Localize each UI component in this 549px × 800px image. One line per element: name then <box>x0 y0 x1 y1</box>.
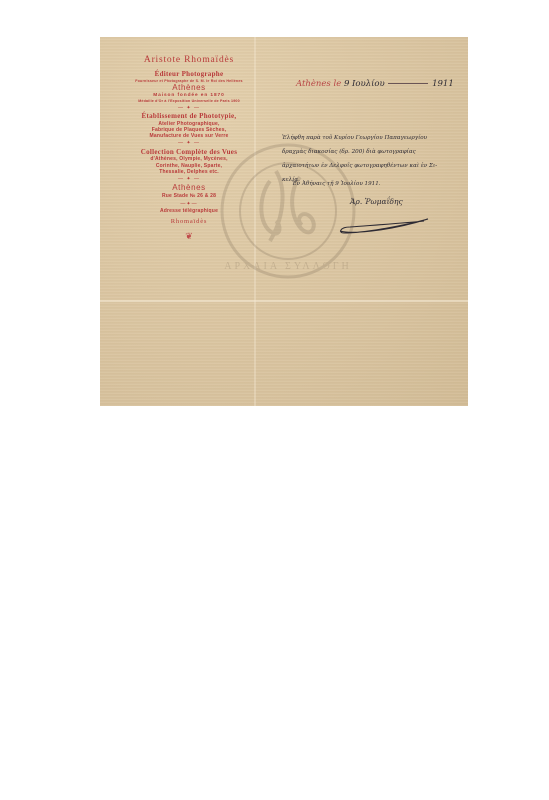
handwritten-body: Ἐλήφθη παρὰ τοῦ Κυρίου Γεωργίου Παπαγεωρ… <box>282 131 437 187</box>
city-heading-2: Athènes <box>100 183 278 193</box>
manufacture-line: Manufacture de Vues sur Verre <box>100 133 278 139</box>
photographer-name: Aristote Rhomaïdès <box>100 55 278 67</box>
ornament-separator: — ✦ — <box>100 176 278 182</box>
telegram-name: Rhomaïdès <box>100 218 278 226</box>
places-line-3: Thessalie, Delphes etc. <box>100 169 278 175</box>
horizontal-fold-line <box>100 300 468 302</box>
place-and-date: Ἐν Ἀθήναις τῇ 9 Ἰουλίου 1911. <box>292 181 381 187</box>
body-line: Ἐλήφθη παρὰ τοῦ Κυρίου Γεωργίου Παπαγεωρ… <box>282 131 437 145</box>
collection-heading: Collection Complète des Vues <box>100 148 278 157</box>
date-rule <box>388 83 428 84</box>
printed-letterhead: Aristote Rhomaïdès Éditeur Photographe F… <box>100 55 278 244</box>
address-line: Rue Stade № 26 & 28 <box>100 193 278 199</box>
establishment-line: Établissement de Phototypie, <box>100 112 278 121</box>
body-line: δραχμὰς διακοσίας (δρ. 200) διὰ φωτογραφ… <box>282 145 437 159</box>
ornament-separator: — ✦ — <box>100 105 278 111</box>
body-line: ἀρχαιοτήτων ἐν Δελφοῖς φωτογραφηθέντων κ… <box>282 159 437 173</box>
signature-flourish-icon <box>336 215 432 237</box>
medal-line: Médaille d'Or à l'Exposition Universelle… <box>100 99 278 103</box>
business-title: Éditeur Photographe <box>100 70 278 79</box>
date-year: 1911 <box>432 79 454 89</box>
ornament-separator: —✦— <box>100 201 278 207</box>
date-printed-prefix: Athènes le <box>296 79 341 89</box>
city-heading: Athènes <box>100 83 278 93</box>
signature: Ἀρ. Ῥωμαΐδης <box>350 197 403 206</box>
svg-text:ΑΡΧΑΙΑ ΣΥΛΛΟΓΗ: ΑΡΧΑΙΑ ΣΥΛΛΟΓΗ <box>224 261 351 272</box>
telegram-label: Adresse télégraphique <box>100 208 278 214</box>
document-page: ΑΡΧΑΙΑ ΣΥΛΛΟΓΗ Aristote Rhomaïdès Éditeu… <box>100 37 468 406</box>
fleuron-emblem-icon: ❦ <box>185 231 193 242</box>
date-day: 9 Ιουλίου <box>344 79 385 89</box>
date-line: Athènes le 9 Ιουλίου 1911 <box>296 79 454 89</box>
ornament-separator: — ✦ — <box>100 140 278 146</box>
